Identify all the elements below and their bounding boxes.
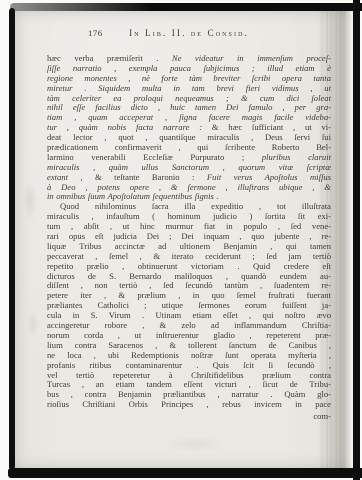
text-line: ſiſſe narratio , exempla pauca ſubjicimu… <box>47 64 331 74</box>
text-line: miraculis , infauſtum ( hominum judicio … <box>47 212 331 222</box>
text-line: Quod nihilominus ſacra illa expeditio , … <box>47 202 331 212</box>
text-line: deat lector , quot , quantiſque miraculi… <box>47 133 331 143</box>
text-line: vel tertiò repeteretur à Chriſtifidelibu… <box>47 371 331 381</box>
text-line: dicturos de S. Bernardo maliloquos , qua… <box>47 272 331 282</box>
text-line: tum , abſit , ut hinc murmur fiat in pop… <box>47 222 331 232</box>
text-line: diſſent , non tertiò , ſed ſecundò tantù… <box>47 281 331 291</box>
text-line: peccaverat , ſemel , & iterato ceciderun… <box>47 252 331 262</box>
text-line: tur , quàm nobis facta narrare : & hæc ſ… <box>47 123 331 133</box>
photo-edge-bottom <box>8 468 362 478</box>
text-line: rari opus eſt judicia Dei ; Dei inquam ,… <box>47 232 331 242</box>
text-line: bus , contra Benjamin præliantibus , nar… <box>47 390 331 400</box>
scan-noise <box>165 436 225 452</box>
page-number: 176 <box>88 28 103 38</box>
text-line: præliantes Catholici ; utique ſermones e… <box>47 301 331 311</box>
text-line: petere iter , & prælium , in quo ſemel f… <box>47 291 331 301</box>
text-line: liquæ Tribus accinctæ ad ultionem Benjam… <box>47 242 331 252</box>
text-line: tàm celeriter ea proloqui nequeamus ; & … <box>47 94 331 104</box>
text-line: cula in S. Virum . Utinam etiam eſſet , … <box>47 311 331 321</box>
scan-noise <box>27 311 39 337</box>
text-line: regione monentes , nè forte tàm breviter… <box>47 74 331 84</box>
page-header: 176 In Lib. II. de Consid. <box>47 28 331 40</box>
text-line: in omnibus ſuum Apoſtolatum ſequentibus … <box>47 192 331 202</box>
text-line: rioſius Chriſtiani Orbis Principes , reb… <box>47 400 331 410</box>
photo-edge-right <box>353 0 360 480</box>
text-line: lium contra Saracenos , & tollerent ſanc… <box>47 341 331 351</box>
text-line: repetito prælio , obtinuerunt victoriam … <box>47 262 331 272</box>
text-line: norum corda , ut inſtruerentur gladio , … <box>47 331 331 341</box>
text-line: extant , & teſtante Baronio : Fuit verus… <box>47 173 331 183</box>
scan-noise <box>23 181 37 221</box>
text-line: hæc verba præmiſerit . Ne videatur in im… <box>47 54 331 64</box>
text-line: tiam , quam acceperat , ſigna facere mag… <box>47 113 331 123</box>
text-line: accingeretur robore , & zelo ad inflamma… <box>47 321 331 331</box>
text-line: ne loca , ubi Redemptionis noſtræ ſunt o… <box>47 351 331 361</box>
running-title: In Lib. II. de Consid. <box>129 28 249 38</box>
text-line: à Deo , potens opere , & ſermone , illuſ… <box>47 183 331 193</box>
photo-edge-top <box>10 3 362 11</box>
book-page-paper: 176 In Lib. II. de Consid. hæc verba præ… <box>15 11 353 468</box>
text-line: miretur . Siquidem multa in tam brevi fi… <box>47 84 331 94</box>
text-line: profanis ritibus contaminarentur . Quis … <box>47 361 331 371</box>
text-line: nihil eſſe facilius dicto , huic tamen D… <box>47 103 331 113</box>
text-line: Turcas , an etiam tandem eſſent victuri … <box>47 380 331 390</box>
body-text: hæc verba præmiſerit . Ne videatur in im… <box>47 54 331 410</box>
catchword: com- <box>313 411 331 421</box>
text-line: larmino venerabili Eccleſiæ Purpurato ; … <box>47 153 331 163</box>
text-line: miraculis , quàm ullus Sanctorum , quoru… <box>47 163 331 173</box>
scanned-book-page: 176 In Lib. II. de Consid. hæc verba præ… <box>0 0 362 480</box>
text-line: prædicationem confirmaverit , qui ſcribe… <box>47 143 331 153</box>
catchword-row: com- <box>47 411 331 421</box>
